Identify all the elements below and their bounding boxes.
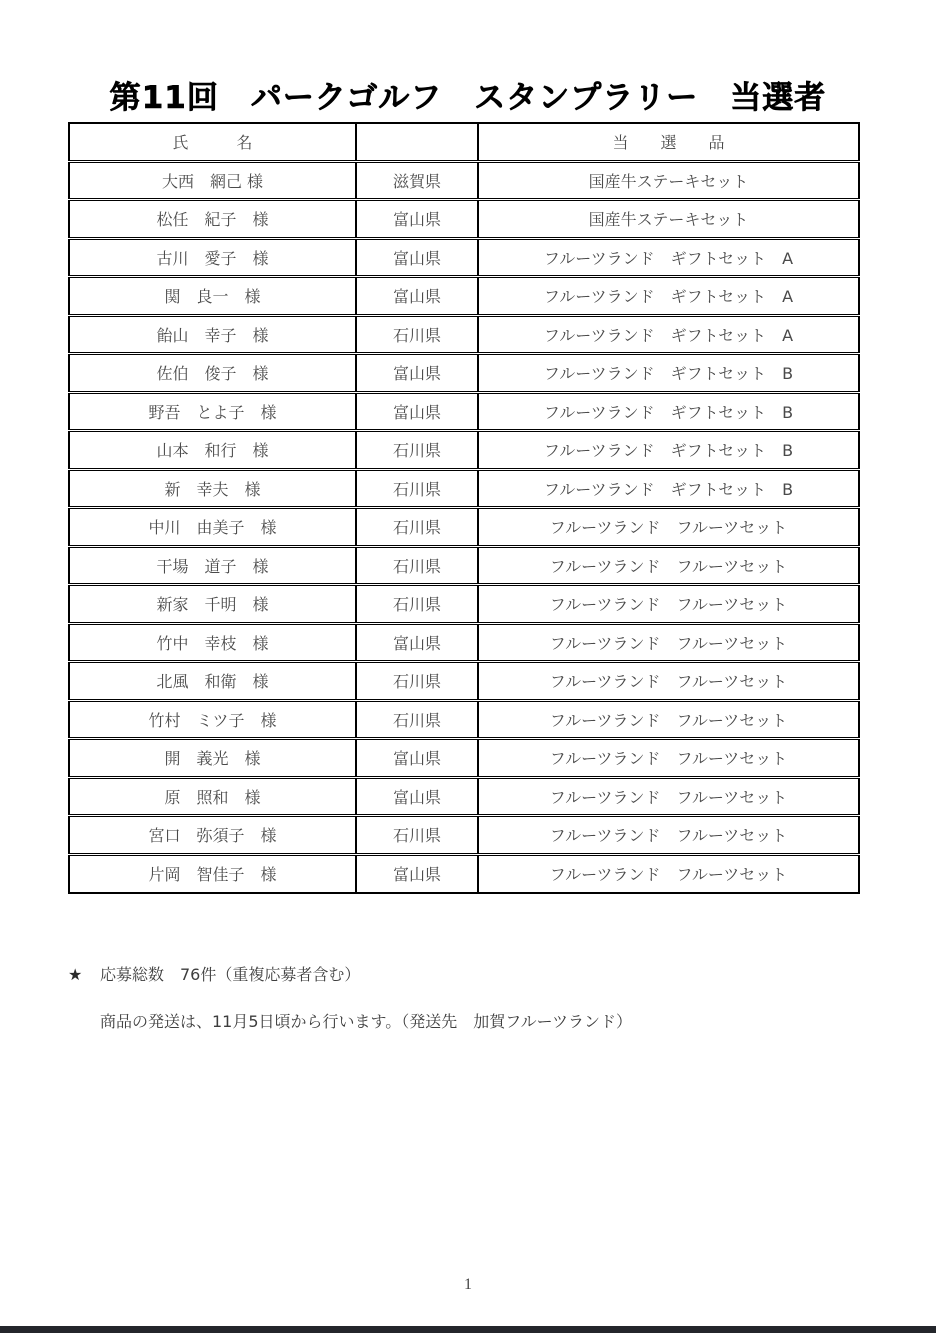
winner-prefecture: 滋賀県: [356, 161, 478, 200]
table-row: 古川 愛子 様 富山県 フルーツランド ギフトセット A: [69, 238, 859, 277]
winner-prize: フルーツランド ギフトセット A: [478, 315, 859, 354]
winner-prefecture: 富山県: [356, 238, 478, 277]
star-icon: ★: [68, 965, 100, 984]
winner-prize: フルーツランド ギフトセット B: [478, 392, 859, 431]
winner-prize: フルーツランド フルーツセット: [478, 508, 859, 547]
winner-prefecture: 富山県: [356, 777, 478, 816]
winner-prefecture: 富山県: [356, 354, 478, 393]
header-row: 氏 名 当 選 品: [69, 123, 859, 161]
table-row: 新 幸夫 様 石川県 フルーツランド ギフトセット B: [69, 469, 859, 508]
winner-prize: フルーツランド ギフトセット B: [478, 431, 859, 470]
winner-name: 竹中 幸枝 様: [69, 623, 356, 662]
table-row: 大西 網己 様 滋賀県 国産牛ステーキセット: [69, 161, 859, 200]
winner-prefecture: 石川県: [356, 585, 478, 624]
winner-prefecture: 石川県: [356, 469, 478, 508]
winner-prefecture: 富山県: [356, 854, 478, 893]
footnote-total: ★ 応募総数 76件（重複応募者含む）: [68, 962, 868, 985]
table-row: 野吾 とよ子 様 富山県 フルーツランド ギフトセット B: [69, 392, 859, 431]
table-row: 竹中 幸枝 様 富山県 フルーツランド フルーツセット: [69, 623, 859, 662]
winner-prefecture: 富山県: [356, 277, 478, 316]
winner-prefecture: 石川県: [356, 508, 478, 547]
winner-prefecture: 富山県: [356, 392, 478, 431]
winner-prize: フルーツランド フルーツセット: [478, 816, 859, 855]
winner-prefecture: 富山県: [356, 200, 478, 239]
winner-prize: フルーツランド フルーツセット: [478, 700, 859, 739]
table-row: 新家 千明 様 石川県 フルーツランド フルーツセット: [69, 585, 859, 624]
table-row: 中川 由美子 様 石川県 フルーツランド フルーツセット: [69, 508, 859, 547]
winner-name: 片岡 智佳子 様: [69, 854, 356, 893]
table-row: 原 照和 様 富山県 フルーツランド フルーツセット: [69, 777, 859, 816]
footnote-total-text: 応募総数 76件（重複応募者含む）: [100, 962, 360, 985]
winner-name: 北風 和衛 様: [69, 662, 356, 701]
table-row: 開 義光 様 富山県 フルーツランド フルーツセット: [69, 739, 859, 778]
winner-prefecture: 富山県: [356, 739, 478, 778]
winner-prize: 国産牛ステーキセット: [478, 200, 859, 239]
winner-name: 原 照和 様: [69, 777, 356, 816]
winner-prize: フルーツランド フルーツセット: [478, 854, 859, 893]
winner-prefecture: 石川県: [356, 315, 478, 354]
table-row: 関 良一 様 富山県 フルーツランド ギフトセット A: [69, 277, 859, 316]
winner-name: 新家 千明 様: [69, 585, 356, 624]
table-row: 宮口 弥須子 様 石川県 フルーツランド フルーツセット: [69, 816, 859, 855]
table-row: 佐伯 俊子 様 富山県 フルーツランド ギフトセット B: [69, 354, 859, 393]
winner-prize: フルーツランド ギフトセット B: [478, 354, 859, 393]
header-name: 氏 名: [69, 123, 356, 161]
winner-name: 山本 和行 様: [69, 431, 356, 470]
winner-prize: フルーツランド フルーツセット: [478, 623, 859, 662]
header-prefecture: [356, 123, 478, 161]
winner-prefecture: 石川県: [356, 700, 478, 739]
winner-name: 開 義光 様: [69, 739, 356, 778]
table-row: 山本 和行 様 石川県 フルーツランド ギフトセット B: [69, 431, 859, 470]
winner-name: 大西 網己 様: [69, 161, 356, 200]
table-row: 北風 和衛 様 石川県 フルーツランド フルーツセット: [69, 662, 859, 701]
document-page: 第11回 パークゴルフ スタンプラリー 当選者 氏 名 当 選 品 大西 網己 …: [0, 0, 936, 1333]
header-prize: 当 選 品: [478, 123, 859, 161]
winner-prize: フルーツランド フルーツセット: [478, 585, 859, 624]
winner-name: 干場 道子 様: [69, 546, 356, 585]
winner-name: 関 良一 様: [69, 277, 356, 316]
winner-prize: フルーツランド ギフトセット B: [478, 469, 859, 508]
winner-prize: フルーツランド ギフトセット A: [478, 277, 859, 316]
table-row: 竹村 ミツ子 様 石川県 フルーツランド フルーツセット: [69, 700, 859, 739]
winner-name: 新 幸夫 様: [69, 469, 356, 508]
winner-prize: フルーツランド ギフトセット A: [478, 238, 859, 277]
table-row: 片岡 智佳子 様 富山県 フルーツランド フルーツセット: [69, 854, 859, 893]
winner-name: 野吾 とよ子 様: [69, 392, 356, 431]
winner-name: 松任 紀子 様: [69, 200, 356, 239]
table-row: 松任 紀子 様 富山県 国産牛ステーキセット: [69, 200, 859, 239]
winner-prefecture: 石川県: [356, 546, 478, 585]
winner-prize: フルーツランド フルーツセット: [478, 777, 859, 816]
page-title: 第11回 パークゴルフ スタンプラリー 当選者: [0, 0, 936, 116]
table-body: 大西 網己 様 滋賀県 国産牛ステーキセット 松任 紀子 様 富山県 国産牛ステ…: [69, 161, 859, 893]
winner-prize: フルーツランド フルーツセット: [478, 739, 859, 778]
winner-prefecture: 石川県: [356, 662, 478, 701]
winner-prize: フルーツランド フルーツセット: [478, 662, 859, 701]
winner-name: 竹村 ミツ子 様: [69, 700, 356, 739]
winner-prize: 国産牛ステーキセット: [478, 161, 859, 200]
table-row: 飴山 幸子 様 石川県 フルーツランド ギフトセット A: [69, 315, 859, 354]
winner-prize: フルーツランド フルーツセット: [478, 546, 859, 585]
winner-name: 宮口 弥須子 様: [69, 816, 356, 855]
winner-prefecture: 富山県: [356, 623, 478, 662]
footnotes: ★ 応募総数 76件（重複応募者含む） 商品の発送は、11月5日頃から行います。…: [68, 962, 868, 1032]
winner-name: 古川 愛子 様: [69, 238, 356, 277]
winner-name: 佐伯 俊子 様: [69, 354, 356, 393]
footnote-shipping: 商品の発送は、11月5日頃から行います。（発送先 加賀フルーツランド）: [68, 1009, 868, 1032]
winner-prefecture: 石川県: [356, 431, 478, 470]
winner-name: 中川 由美子 様: [69, 508, 356, 547]
winner-prefecture: 石川県: [356, 816, 478, 855]
winners-table: 氏 名 当 選 品 大西 網己 様 滋賀県 国産牛ステーキセット 松任 紀子 様…: [68, 122, 860, 894]
bottom-bar: [0, 1326, 936, 1333]
table-header: 氏 名 当 選 品: [69, 123, 859, 161]
page-number: 1: [0, 1276, 936, 1294]
table-row: 干場 道子 様 石川県 フルーツランド フルーツセット: [69, 546, 859, 585]
winner-name: 飴山 幸子 様: [69, 315, 356, 354]
